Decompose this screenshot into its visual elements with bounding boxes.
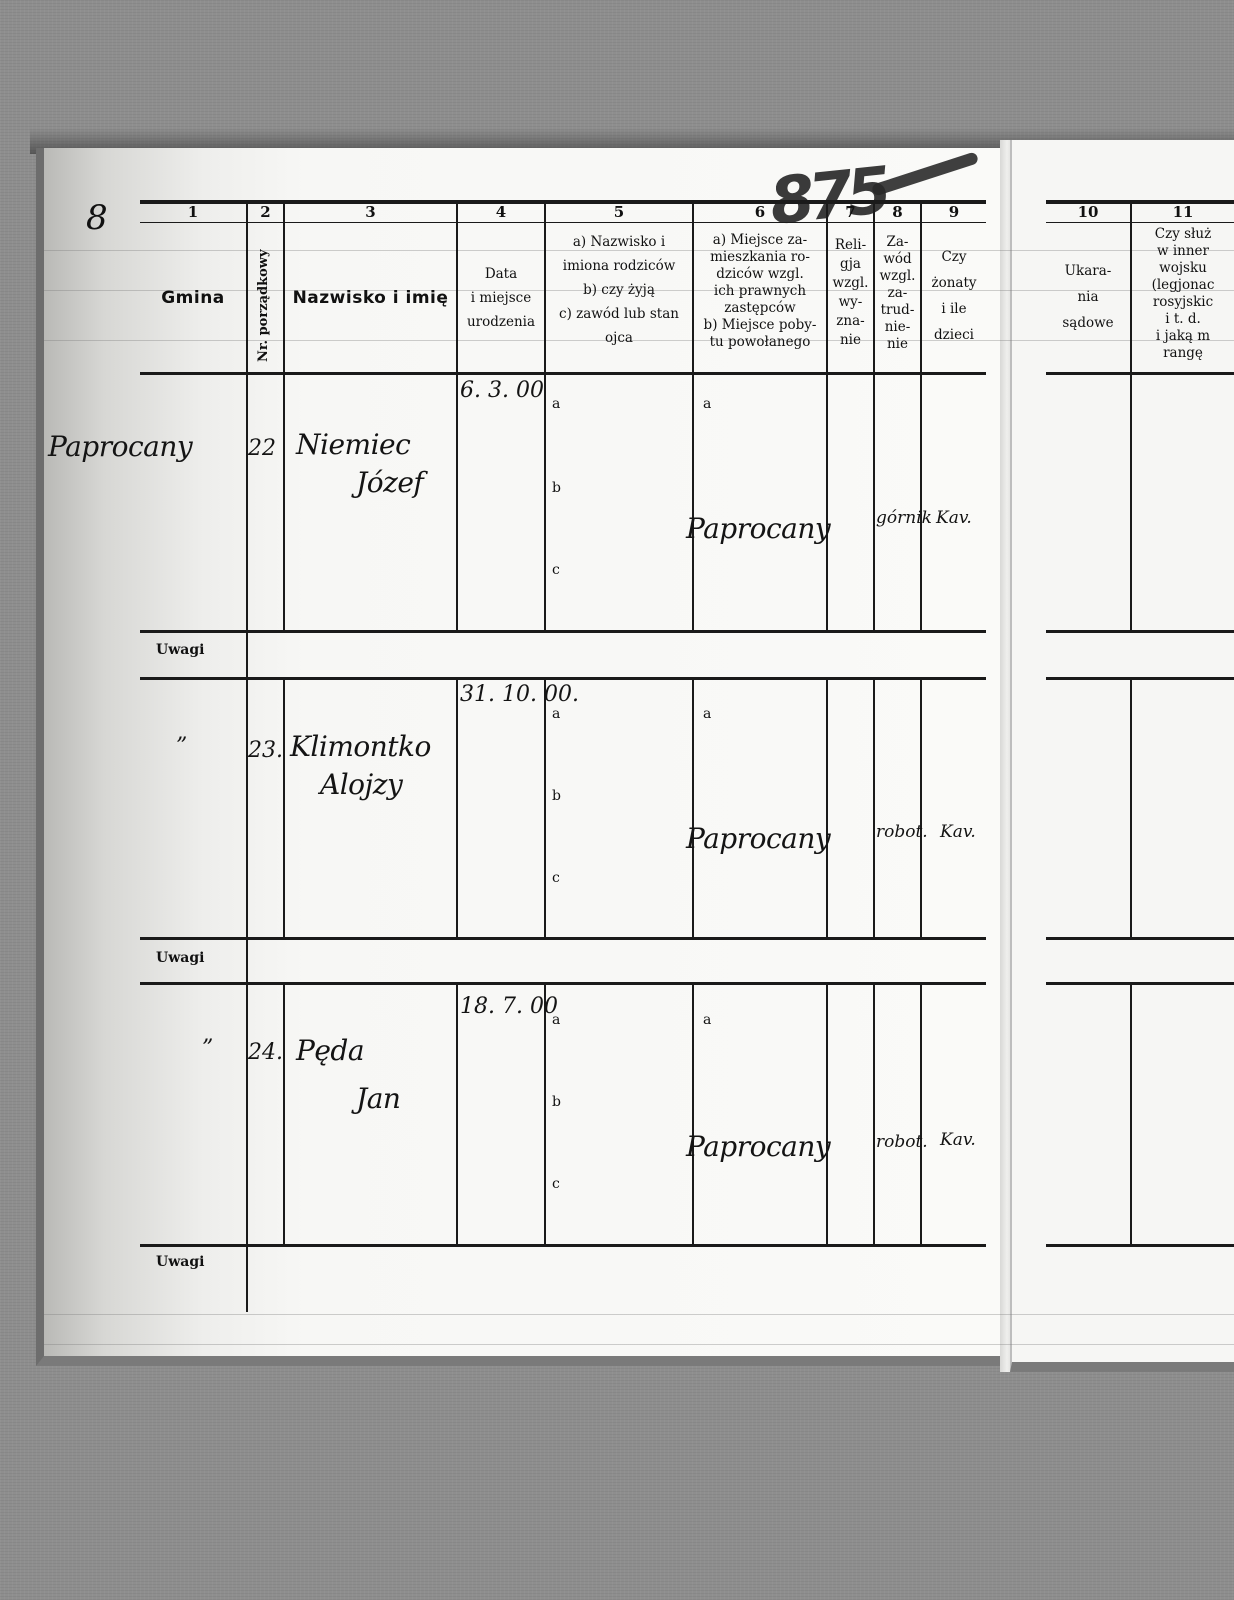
col2-col3-divider-header: [283, 202, 285, 372]
entry-first-name: Jan: [356, 1082, 400, 1115]
header-occupation: Za- wód wzgl. za- trud- nie- nie: [875, 234, 920, 353]
column-number-rule: [140, 222, 986, 223]
header-residence: a) Miejsce za- mieszkania ro- dziców wzg…: [694, 232, 826, 351]
entry-extra-note: Kav.: [940, 1130, 976, 1150]
column-number-4: 4: [458, 203, 544, 221]
header-line: tu powołanego: [694, 334, 826, 351]
entry-surname: Niemiec: [296, 428, 410, 461]
entry3-bottom-rule-right: [1046, 1244, 1234, 1247]
sub-label-c: c: [552, 562, 560, 578]
divider: [283, 984, 285, 1244]
header-line: za-: [875, 285, 920, 302]
divider: [456, 984, 458, 1244]
header-line: Czy: [922, 244, 986, 270]
header-married: Czy żonaty i ile dzieci: [922, 244, 986, 348]
divider: [1130, 374, 1132, 630]
header-line: dziców wzgl.: [694, 266, 826, 283]
remarks2-bottom-rule: [140, 982, 986, 985]
header-line: dzieci: [922, 322, 986, 348]
entry-first-name: Alojzy: [320, 768, 402, 801]
header-nr-porzadkowy: Nr. porządkowy: [256, 249, 271, 362]
header-line: w inner: [1132, 243, 1234, 260]
entry1-bottom-rule: [140, 630, 986, 633]
column-number-10: 10: [1046, 203, 1130, 221]
header-birth-date-place: Data i miejsce urodzenia: [458, 262, 544, 334]
column-number-1: 1: [140, 203, 246, 221]
sub-label-a: a: [552, 706, 560, 722]
entry-birth-date: 6. 3. 00: [460, 378, 544, 403]
header-line: b) czy żyją: [546, 278, 692, 302]
header-line: c) zawód lub stan: [546, 302, 692, 326]
entry2-bottom-rule-right: [1046, 937, 1234, 940]
header-line: wzgl.: [875, 268, 920, 285]
sub-label-a: a: [552, 396, 560, 412]
header-line: Za-: [875, 234, 920, 251]
header-line: wzgl.: [828, 274, 873, 293]
divider: [873, 679, 875, 937]
divider: [826, 374, 828, 630]
entry2-bottom-rule: [140, 937, 986, 940]
header-line: Czy służ: [1132, 226, 1234, 243]
entry-gmina: Paprocany: [48, 430, 192, 463]
header-religion: Reli- gja wzgl. wy- zna- nie: [828, 236, 873, 350]
divider: [826, 984, 828, 1244]
divider: [692, 679, 694, 937]
sub-label-b: b: [552, 788, 561, 804]
entry-gmina-ditto: ”: [202, 1036, 213, 1061]
ruled-line: [44, 1344, 1234, 1345]
page-number: 8: [86, 198, 108, 238]
entry-number: 23.: [248, 738, 283, 763]
entry-residence: Paprocany: [686, 512, 830, 545]
entry-birth-date: 18. 7. 00: [460, 994, 558, 1019]
header-line: i t. d.: [1132, 311, 1234, 328]
divider: [920, 679, 922, 937]
column-number-7: 7: [828, 203, 873, 221]
divider: [544, 374, 546, 630]
divider: [456, 679, 458, 937]
entry-gmina-ditto: ”: [176, 734, 187, 759]
entry-first-name: Józef: [356, 466, 423, 499]
remarks1-bottom-rule: [140, 677, 986, 680]
header-line: gja: [828, 255, 873, 274]
column-number-9: 9: [922, 203, 986, 221]
header-bottom-rule: [140, 372, 986, 375]
header-parents: a) Nazwisko i imiona rodziców b) czy żyj…: [546, 230, 692, 350]
entry-number: 24.: [248, 1040, 283, 1065]
col6-label-a: a: [703, 1012, 711, 1028]
ruled-line: [44, 1314, 1234, 1315]
divider: [826, 679, 828, 937]
header-line: wojsku: [1132, 260, 1234, 277]
column-number-3: 3: [285, 203, 456, 221]
column-number-8: 8: [875, 203, 920, 221]
header-line: urodzenia: [458, 310, 544, 334]
divider: [692, 984, 694, 1244]
column-number-rule-right: [1046, 222, 1234, 223]
divider: [873, 984, 875, 1244]
header-line: ich prawnych: [694, 283, 826, 300]
header-bottom-rule-right: [1046, 372, 1234, 375]
divider: [544, 984, 546, 1244]
header-line: i jaką m: [1132, 328, 1234, 345]
header-nazwisko-i-imie: Nazwisko i imię: [285, 288, 456, 308]
sub-label-b: b: [552, 480, 561, 496]
header-line: sądowe: [1046, 310, 1130, 336]
header-line: Data: [458, 262, 544, 286]
header-line: i miejsce: [458, 286, 544, 310]
header-line: imiona rodziców: [546, 254, 692, 278]
col6-label-a: a: [703, 706, 711, 722]
divider: [873, 374, 875, 630]
header-line: i ile: [922, 296, 986, 322]
column-number-6: 6: [694, 203, 826, 221]
header-line: rosyjskic: [1132, 294, 1234, 311]
header-line: nie-: [875, 319, 920, 336]
header-line: rangę: [1132, 345, 1234, 362]
entry-surname: Pęda: [296, 1034, 364, 1067]
entry-surname: Klimontko: [290, 730, 431, 763]
entry-occupation: robot.: [876, 1132, 928, 1152]
header-line: zna-: [828, 312, 873, 331]
column-number-11: 11: [1132, 203, 1234, 221]
entry-extra-note: Kav.: [940, 822, 976, 842]
divider: [1130, 984, 1132, 1244]
header-line: Reli-: [828, 236, 873, 255]
header-line: wy-: [828, 293, 873, 312]
entry-extra-note: Kav.: [936, 508, 972, 528]
header-line: nie: [828, 331, 873, 350]
header-line: b) Miejsce poby-: [694, 317, 826, 334]
remarks2-bottom-rule-right: [1046, 982, 1234, 985]
remarks-label: Uwagi: [156, 950, 204, 966]
entry-occupation: górnik: [876, 508, 932, 528]
col6-label-a: a: [703, 396, 711, 412]
divider: [692, 374, 694, 630]
header-line: a) Nazwisko i: [546, 230, 692, 254]
sub-label-b: b: [552, 1094, 561, 1110]
entry-occupation: robot.: [876, 822, 928, 842]
header-line: nia: [1046, 284, 1130, 310]
header-line: nie: [875, 336, 920, 353]
sub-label-c: c: [552, 870, 560, 886]
column-number-2: 2: [248, 203, 283, 221]
header-line: ojca: [546, 326, 692, 350]
sub-label-a: a: [552, 1012, 560, 1028]
entry-birth-date: 31. 10. 00.: [460, 682, 579, 707]
divider: [544, 679, 546, 937]
divider: [283, 374, 285, 630]
entry1-bottom-rule-right: [1046, 630, 1234, 633]
divider: [283, 679, 285, 937]
header-line: mieszkania ro-: [694, 249, 826, 266]
entry-residence: Paprocany: [686, 1130, 830, 1163]
header-line: Ukara-: [1046, 258, 1130, 284]
remarks-label: Uwagi: [156, 1254, 204, 1270]
header-line: zastępców: [694, 300, 826, 317]
remarks-label: Uwagi: [156, 642, 204, 658]
divider: [456, 374, 458, 630]
divider: [920, 374, 922, 630]
header-convictions: Ukara- nia sądowe: [1046, 258, 1130, 336]
header-gmina: Gmina: [140, 288, 246, 308]
header-other-military-service: Czy służ w inner wojsku (legjonac rosyjs…: [1132, 226, 1234, 362]
sub-label-c: c: [552, 1176, 560, 1192]
entry3-bottom-rule: [140, 1244, 986, 1247]
column-number-5: 5: [546, 203, 692, 221]
divider: [920, 984, 922, 1244]
remarks1-bottom-rule-right: [1046, 677, 1234, 680]
header-line: żonaty: [922, 270, 986, 296]
entry-residence: Paprocany: [686, 822, 830, 855]
header-line: trud-: [875, 302, 920, 319]
header-line: wód: [875, 251, 920, 268]
entry-number: 22: [248, 436, 276, 461]
header-line: (legjonac: [1132, 277, 1234, 294]
divider: [1130, 679, 1132, 937]
header-line: a) Miejsce za-: [694, 232, 826, 249]
